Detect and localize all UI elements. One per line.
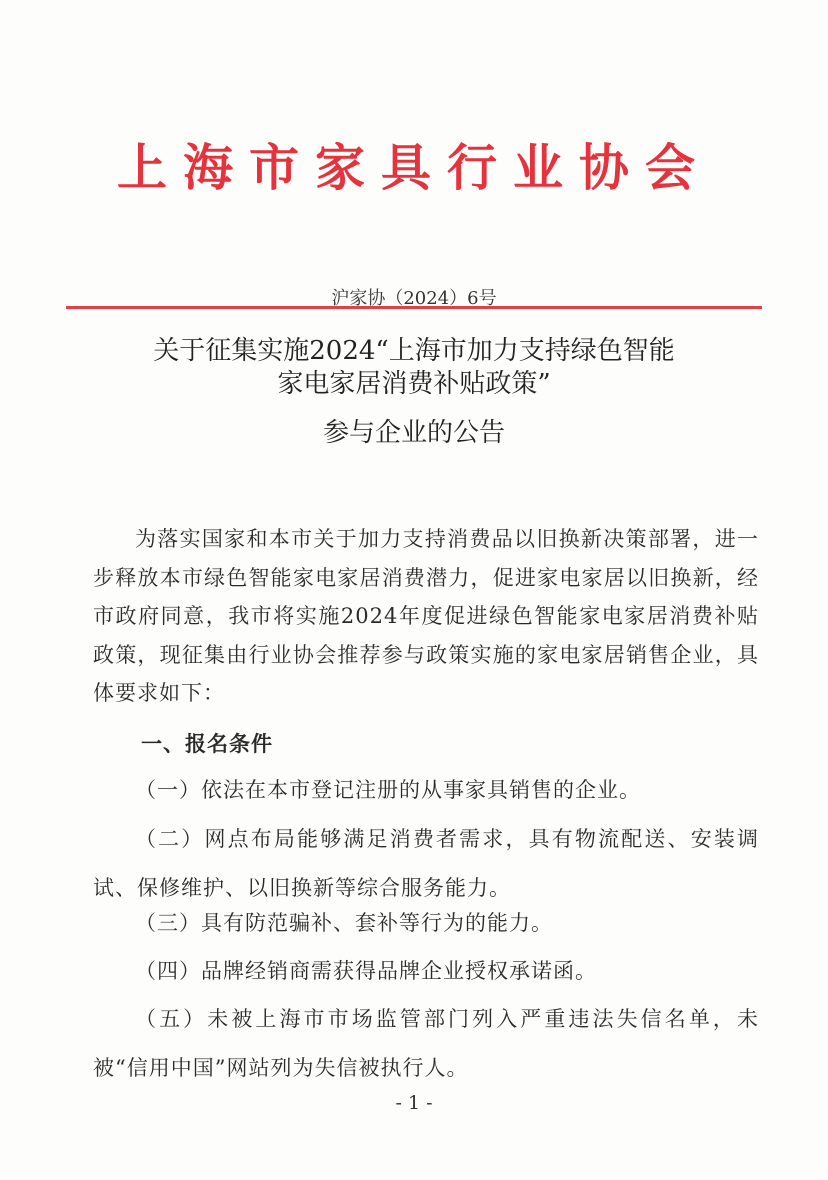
condition-item: （五）未被上海市市场监管部门列入严重违法失信名单，未被“信用中国”网站列为失信被… xyxy=(93,995,759,1093)
red-divider-rule xyxy=(66,306,762,309)
condition-item: （四）品牌经销商需获得品牌企业授权承诺函。 xyxy=(93,947,759,996)
condition-item: （一）依法在本市登记注册的从事家具销售的企业。 xyxy=(93,766,759,815)
intro-paragraph: 为落实国家和本市关于加力支持消费品以旧换新决策部署，进一步释放本市绿色智能家电家… xyxy=(93,520,759,713)
section-heading-registration-conditions: 一、报名条件 xyxy=(141,728,273,758)
title-line-1: 关于征集实施2024“上海市加力支持绿色智能 xyxy=(60,338,768,364)
letterhead-organization: 上海市家具行业协会 xyxy=(0,128,828,200)
condition-item: （三）具有防范骗补、套补等行为的能力。 xyxy=(93,899,759,948)
page-number: - 1 - xyxy=(0,1092,828,1114)
title-line-3: 参与企业的公告 xyxy=(60,420,768,446)
title-line-2: 家电家居消费补贴政策” xyxy=(60,371,768,397)
